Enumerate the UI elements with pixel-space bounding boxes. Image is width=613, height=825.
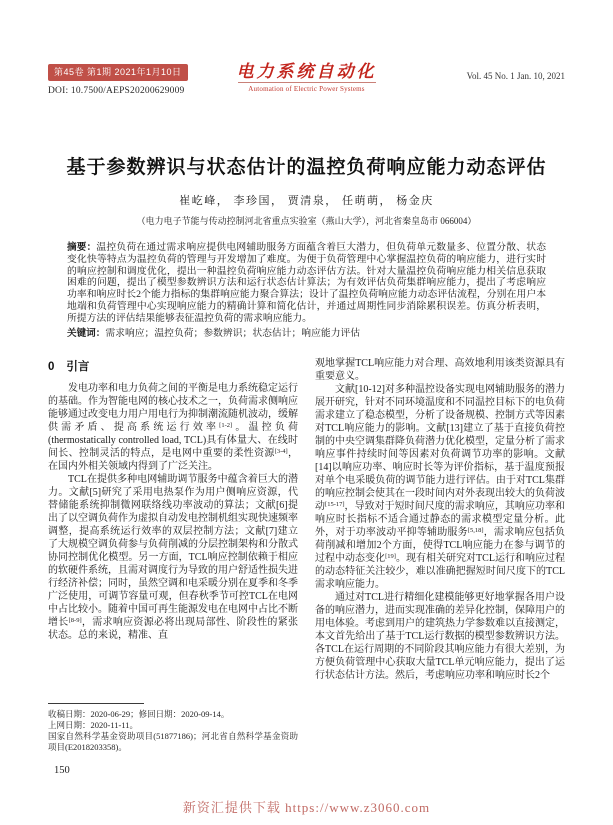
authors-line: 崔屹峰， 李珍国， 贾清泉， 任萌萌， 杨金庆 [48,192,565,208]
footnote-divider [48,703,144,704]
journal-header: 第45卷 第1期 2021年1月10日 DOI: 10.7500/AEPS202… [48,62,565,108]
body-paragraph: TCL在提供多种电网辅助调节服务中蕴含着巨大的潜力。文献[5]研究了采用电热泵作… [48,473,298,642]
journal-logo-en: Automation of Electric Power Systems [228,85,385,93]
doi-text: DOI: 10.7500/AEPS20200629009 [48,86,228,96]
abstract-text: 温控负荷在通过需求响应提供电网辅助服务方面蕴含着巨大潜力，但负荷单元数量多、位置… [67,242,546,324]
paper-page: 第45卷 第1期 2021年1月10日 DOI: 10.7500/AEPS202… [0,0,613,825]
section-title: 引言 [66,361,89,373]
keywords-line: 关键词：需求响应；温控负荷；参数辨识；状态估计；响应能力评估 [67,328,546,340]
issue-badge: 第45卷 第1期 2021年1月10日 [48,64,188,81]
section-heading: 0引言 [48,358,298,374]
left-column: 0引言 发电功率和电力负荷之间的平衡是电力系统稳定运行的基础。作为智能电网的核心… [48,357,298,753]
footnote-line: 上网日期：2020-11-11。 [48,720,298,731]
download-watermark: 新资汇提供下载 https://www.z3060.com [0,797,613,816]
article-title: 基于参数辨识与状态估计的温控负荷响应能力动态评估 [48,152,565,179]
content-columns: 0引言 发电功率和电力负荷之间的平衡是电力系统稳定运行的基础。作为智能电网的核心… [48,357,565,753]
footnote-line: 收稿日期：2020-06-29；修回日期：2020-09-14。 [48,709,298,720]
issue-info-en: Vol. 45 No. 1 Jan. 10, 2021 [385,62,565,81]
footnote-block: 收稿日期：2020-06-29；修回日期：2020-09-14。 上网日期：20… [48,699,298,753]
keywords-text: 需求响应；温控负荷；参数辨识；状态估计；响应能力评估 [105,328,360,339]
abstract-label: 摘要： [67,242,96,253]
header-left: 第45卷 第1期 2021年1月10日 DOI: 10.7500/AEPS202… [48,62,228,96]
section-number: 0 [48,361,54,373]
journal-logo-cn: 电力系统自动化 [228,63,385,81]
keywords-label: 关键词： [67,328,105,339]
affiliation-line: （电力电子节能与传动控制河北省重点实验室（燕山大学），河北省秦皇岛市 06600… [48,214,565,227]
page-number: 150 [54,765,565,776]
journal-logo-divider [238,82,376,83]
right-column: 观地掌握TCL响应能力对合理、高效地利用该类资源具有重要意义。 文献[10-12… [315,357,565,753]
body-paragraph: 观地掌握TCL响应能力对合理、高效地利用该类资源具有重要意义。 [315,357,565,383]
body-paragraph: 文献[10-12]对多种温控设备实现电网辅助服务的潜力展开研究，针对不同环境温度… [315,383,565,591]
abstract-block: 摘要：温控负荷在通过需求响应提供电网辅助服务方面蕴含着巨大潜力，但负荷单元数量多… [67,242,546,325]
body-paragraph: 发电功率和电力负荷之间的平衡是电力系统稳定运行的基础。作为智能电网的核心技术之一… [48,382,298,473]
journal-logo: 电力系统自动化 Automation of Electric Power Sys… [228,62,385,93]
footnote-line: 国家自然科学基金资助项目(51877186)；河北省自然科学基金资助项目(E20… [48,731,298,753]
body-paragraph: 通过对TCL进行精细化建模能够更好地掌握各用户设备的响应潜力，进而实现准确的差异… [315,591,565,682]
